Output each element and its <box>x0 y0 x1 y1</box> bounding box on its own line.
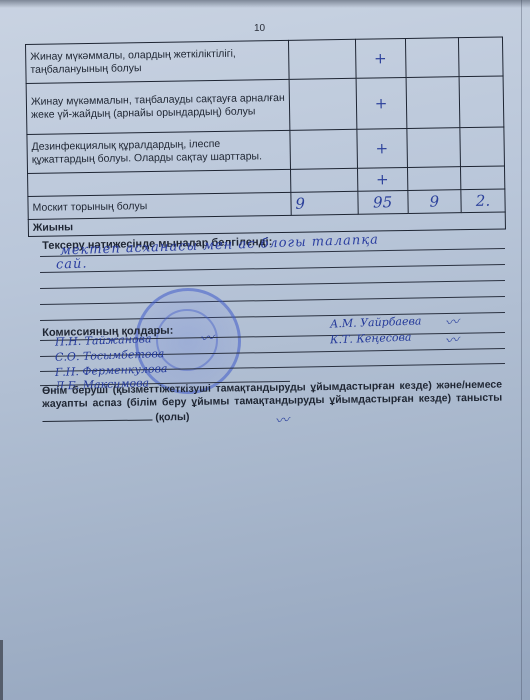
criterion-cell: Жинау мүкəммалын, таңбалауды сақтауға ар… <box>26 79 290 134</box>
signature-caption: (қолы) <box>155 411 189 423</box>
page-edge <box>521 0 522 700</box>
table-row: Жинау мүкəммалын, таңбалауды сақтауға ар… <box>26 76 504 134</box>
supplier-signature: 〰︎ <box>274 409 290 430</box>
score-cell: + <box>357 168 407 192</box>
score-cell: 2. <box>461 189 505 213</box>
score-cell: 9 <box>407 190 461 214</box>
shadow-edge <box>0 0 530 8</box>
score-cell <box>458 37 503 77</box>
score-cell: 95 <box>357 191 407 215</box>
handwritten-finding: сай. <box>56 256 88 272</box>
score-cell <box>288 39 355 79</box>
score-cell <box>406 77 460 129</box>
score-cell <box>289 78 356 130</box>
score-cell <box>459 76 504 128</box>
score-cell <box>290 129 357 169</box>
criterion-cell: Дезинфекциялық құралдардың, ілеспе құжат… <box>27 130 291 173</box>
score-cell <box>406 128 460 168</box>
score-cell: + <box>356 78 407 130</box>
signature-scribble: 〰︎ <box>199 327 216 349</box>
score-cell: 9 <box>291 191 358 215</box>
score-cell <box>460 166 504 190</box>
page-number: 10 <box>254 23 265 34</box>
score-cell <box>407 167 461 191</box>
score-cell <box>405 38 459 78</box>
acknowledgement-text: Өнім беруші (қызметтіжеткізуші тамақтанд… <box>42 379 502 410</box>
background-object <box>0 640 3 700</box>
score-cell: + <box>357 129 408 169</box>
acknowledgement-paragraph: Өнім беруші (қызметтіжеткізуші тамақтанд… <box>42 379 503 426</box>
score-cell: + <box>355 39 406 79</box>
signature-line <box>42 409 152 422</box>
score-cell <box>460 127 505 167</box>
checklist-table: Жинау мүкəммалы, олардың жеткіліктілігі,… <box>25 36 506 236</box>
score-cell <box>290 168 357 192</box>
criterion-cell: Жинау мүкəммалы, олардың жеткіліктілігі,… <box>26 40 290 83</box>
signature-scribble: 〰︎ <box>444 329 461 351</box>
